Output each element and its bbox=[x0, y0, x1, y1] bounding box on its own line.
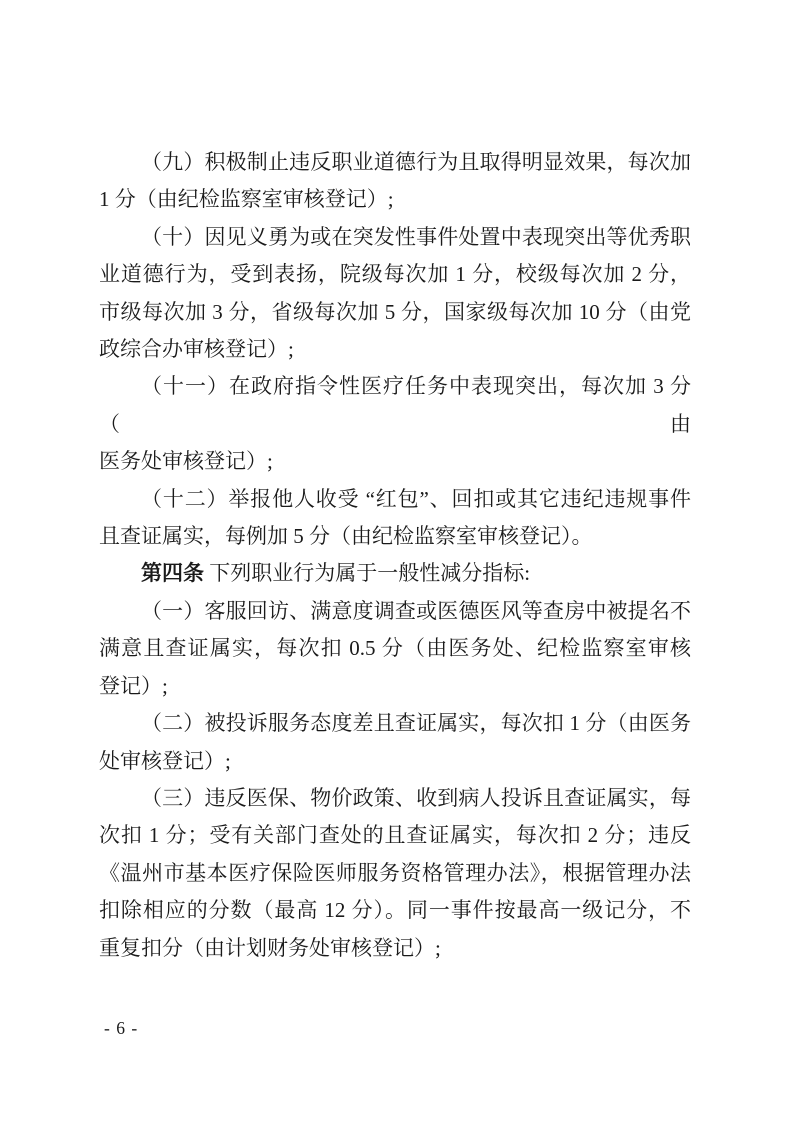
text-line: （十一）在政府指令性医疗任务中表现突出，每次加 3 分（由 bbox=[99, 368, 691, 443]
text-line: 处审核登记）; bbox=[99, 743, 691, 780]
text-line: 医务处审核登记）; bbox=[99, 443, 691, 480]
text-line: 次扣 1 分；受有关部门查处的且查证属实，每次扣 2 分；违反 bbox=[99, 817, 691, 854]
text-line: 满意且查证属实，每次扣 0.5 分（由医务处、纪检监察室审核 bbox=[99, 630, 691, 667]
text-line: 1 分（由纪检监察室审核登记）; bbox=[99, 181, 691, 218]
paragraph-item-11: （十一）在政府指令性医疗任务中表现突出，每次加 3 分（由 医务处审核登记）; bbox=[99, 368, 691, 480]
document-body: （九）积极制止违反职业道德行为且取得明显效果，每次加 1 分（由纪检监察室审核登… bbox=[99, 144, 691, 967]
text-line: 市级每次加 3 分，省级每次加 5 分，国家级每次加 10 分（由党 bbox=[99, 294, 691, 331]
text-line: （一）客服回访、满意度调查或医德医风等查房中被提名不 bbox=[99, 593, 691, 630]
text-line: 《温州市基本医疗保险医师服务资格管理办法》，根据管理办法 bbox=[99, 855, 691, 892]
paragraph-item-3: （三）违反医保、物价政策、收到病人投诉且查证属实，每 次扣 1 分；受有关部门查… bbox=[99, 780, 691, 967]
page-number: - 6 - bbox=[104, 1014, 138, 1042]
article-number: 第四条 bbox=[141, 561, 204, 585]
text-line: 扣除相应的分数（最高 12 分）。同一事件按最高一级记分，不 bbox=[99, 892, 691, 929]
paragraph-item-9: （九）积极制止违反职业道德行为且取得明显效果，每次加 1 分（由纪检监察室审核登… bbox=[99, 144, 691, 219]
paragraph-item-2: （二）被投诉服务态度差且查证属实，每次扣 1 分（由医务 处审核登记）; bbox=[99, 705, 691, 780]
text-line: （三）违反医保、物价政策、收到病人投诉且查证属实，每 bbox=[99, 780, 691, 817]
article-text: 下列职业行为属于一般性减分指标: bbox=[204, 561, 530, 585]
document-page: （九）积极制止违反职业道德行为且取得明显效果，每次加 1 分（由纪检监察室审核登… bbox=[0, 0, 794, 1123]
text-line: 政综合办审核登记）; bbox=[99, 331, 691, 368]
text-line: 重复扣分（由计划财务处审核登记）; bbox=[99, 930, 691, 967]
paragraph-item-1: （一）客服回访、满意度调查或医德医风等查房中被提名不 满意且查证属实，每次扣 0… bbox=[99, 593, 691, 705]
text-line: （十二）举报他人收受 “红包”、回扣或其它违纪违规事件 bbox=[99, 481, 691, 518]
text-line: 登记）; bbox=[99, 668, 691, 705]
text-line: （九）积极制止违反职业道德行为且取得明显效果，每次加 bbox=[99, 144, 691, 181]
text-line: （二）被投诉服务态度差且查证属实，每次扣 1 分（由医务 bbox=[99, 705, 691, 742]
paragraph-article-4: 第四条 下列职业行为属于一般性减分指标: bbox=[99, 555, 691, 592]
paragraph-item-10: （十）因见义勇为或在突发性事件处置中表现突出等优秀职 业道德行为，受到表扬，院级… bbox=[99, 219, 691, 369]
paragraph-item-12: （十二）举报他人收受 “红包”、回扣或其它违纪违规事件 且查证属实，每例加 5 … bbox=[99, 481, 691, 556]
text-line: 且查证属实，每例加 5 分（由纪检监察室审核登记）。 bbox=[99, 518, 691, 555]
text-line: （十）因见义勇为或在突发性事件处置中表现突出等优秀职 bbox=[99, 219, 691, 256]
text-line: 业道德行为，受到表扬，院级每次加 1 分，校级每次加 2 分， bbox=[99, 256, 691, 293]
article-heading-line: 第四条 下列职业行为属于一般性减分指标: bbox=[99, 555, 691, 592]
